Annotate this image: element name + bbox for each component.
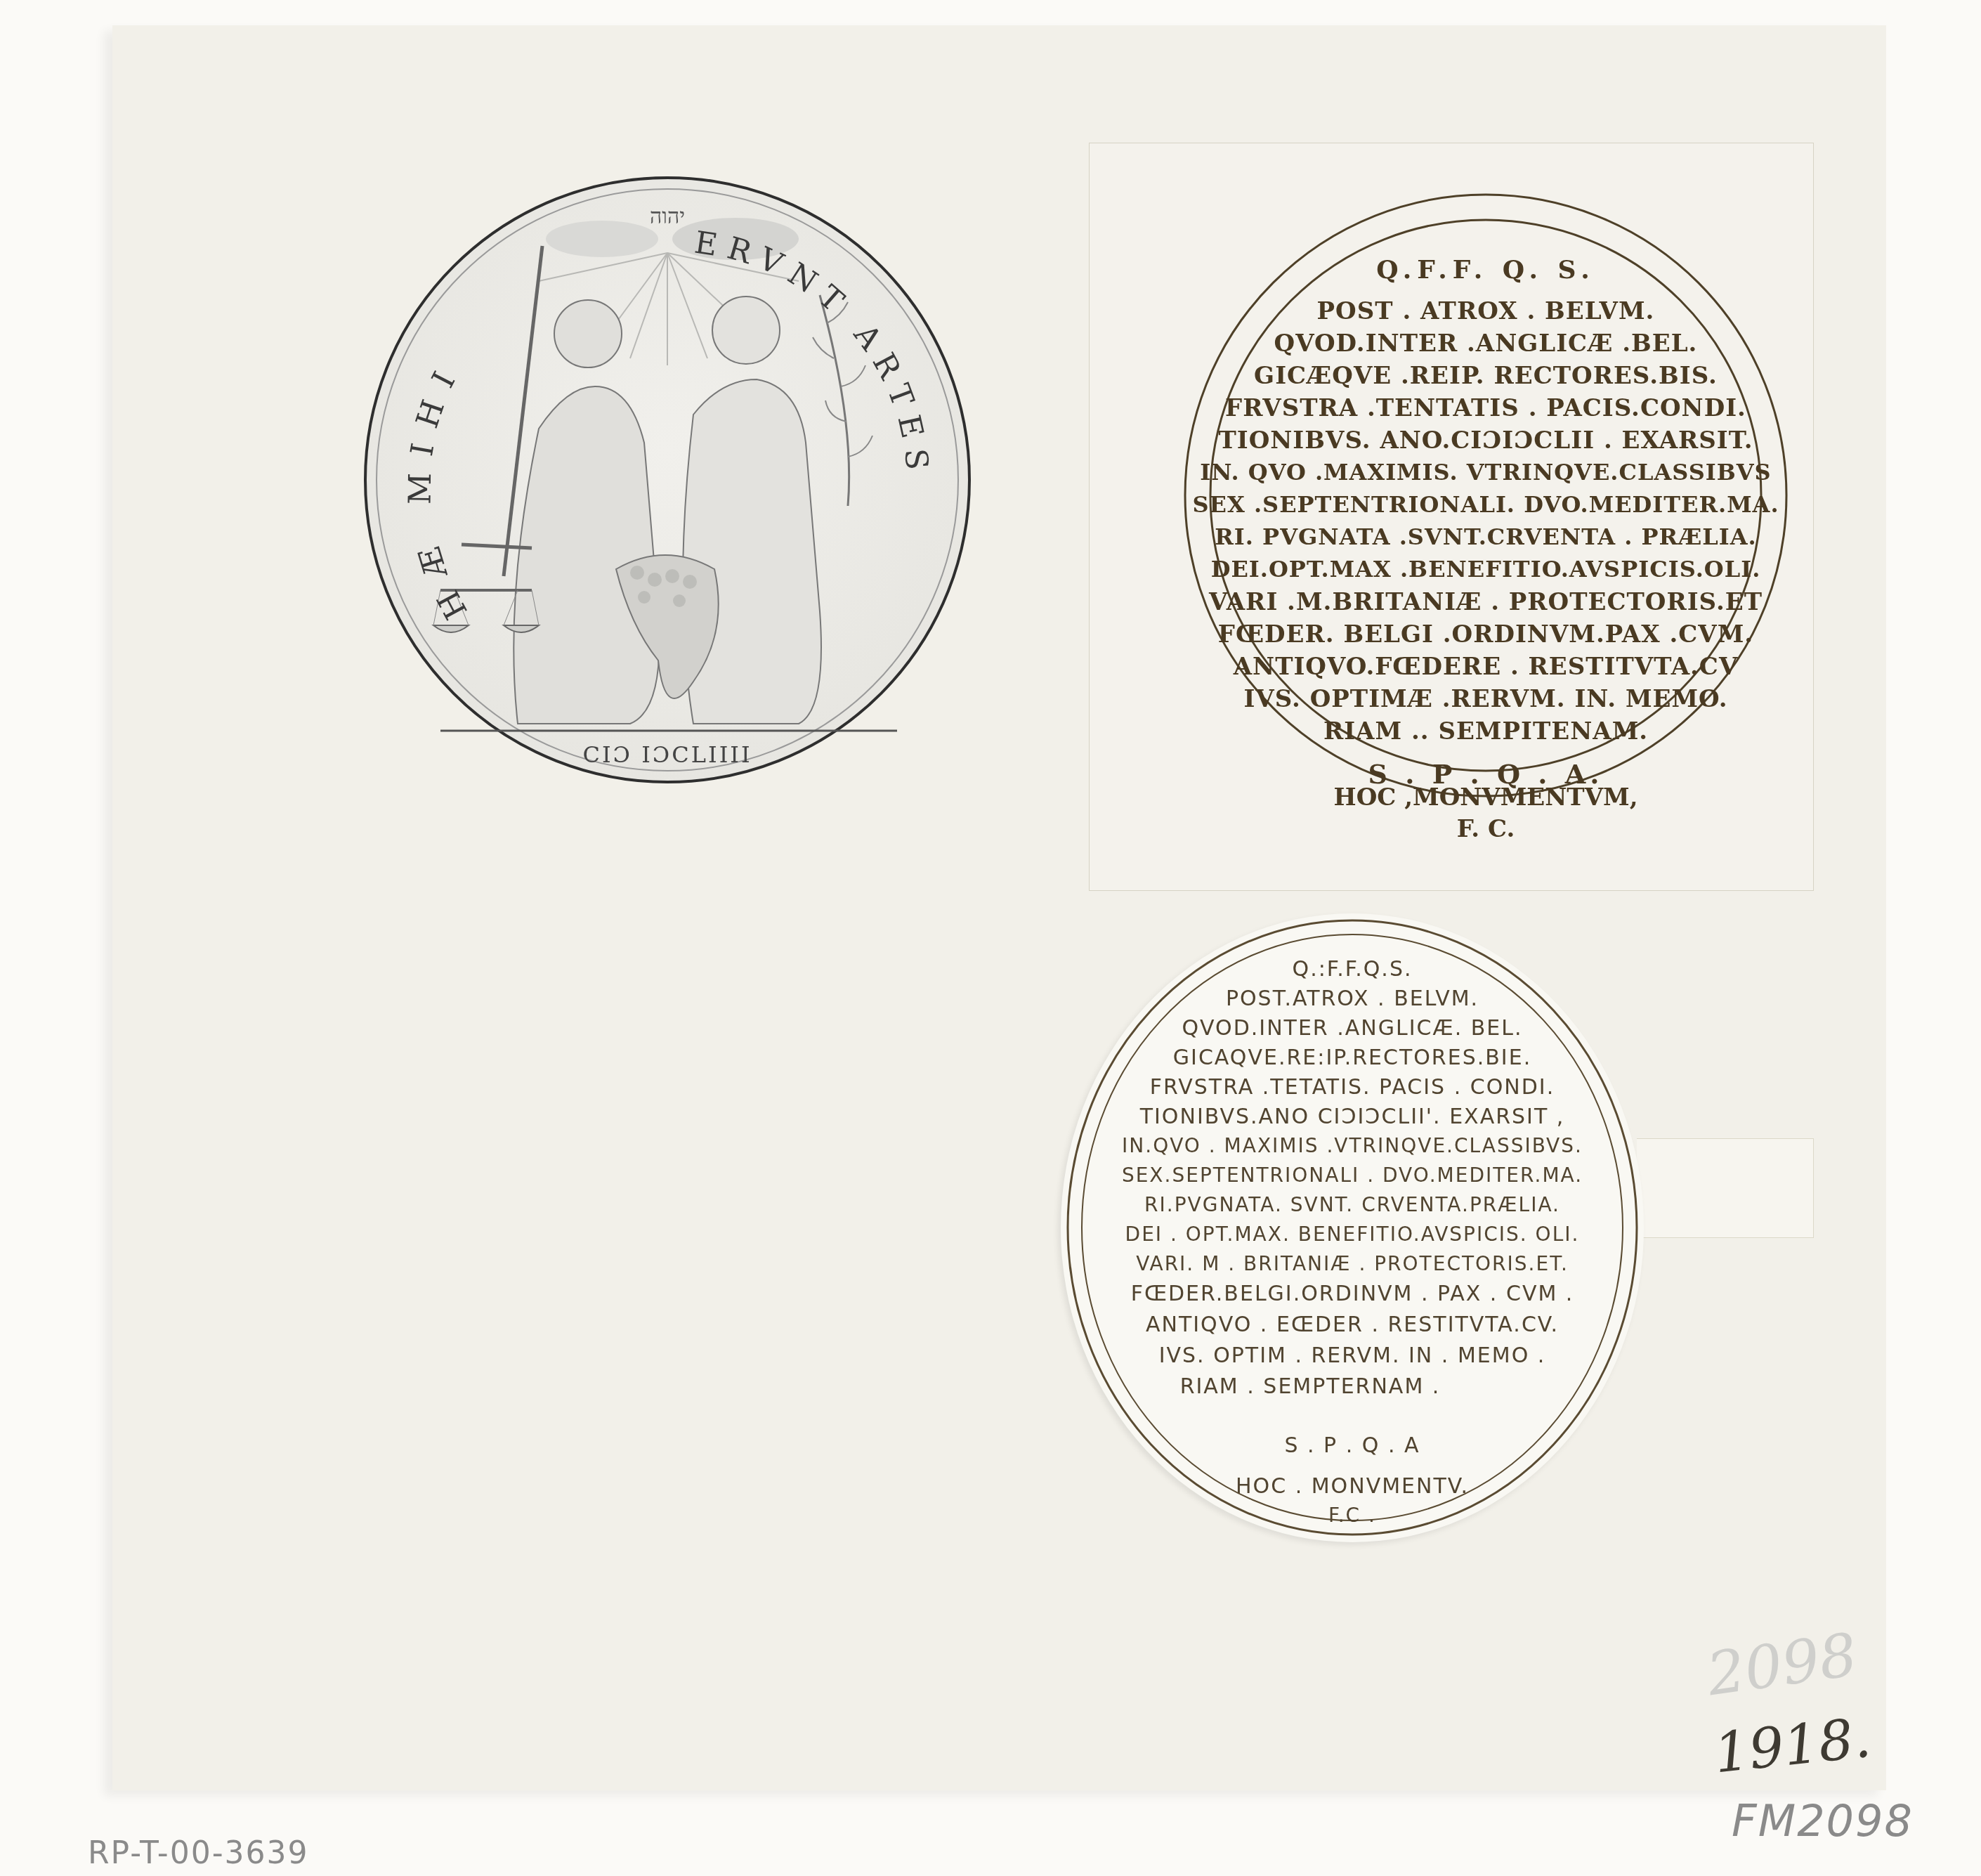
insc-line: SEX .SEPTENTRIONALI. DVO.MEDITER.MA.: [1182, 491, 1789, 518]
lower-inscription: Q.:F.F.Q.S. POST.ATROX . BELVM. QVOD.INT…: [1061, 913, 1644, 1542]
insc-line: GICAQVE.RE:IP.RECTORES.BIE.: [1061, 1046, 1644, 1070]
medal-exergue-date: CIƆ IƆCLIIII: [582, 741, 752, 768]
insc-line: RIAM .. SEMPITENAM.: [1182, 717, 1789, 745]
insc-line: RI. PVGNATA .SVNT.CRVENTA . PRÆLIA.: [1182, 523, 1789, 550]
medal-hebrew: יהוה: [650, 204, 685, 229]
upper-inscription: Q.F.F. Q. S. POST . ATROX . BELVM. QVOD.…: [1182, 192, 1789, 799]
insc-line: POST.ATROX . BELVM.: [1061, 986, 1644, 1011]
insc-line: ANTIQVO . EŒDER . RESTITVTA.CV.: [1061, 1312, 1644, 1337]
insc-line: POST . ATROX . BELVM.: [1182, 297, 1789, 325]
fm-number: FM2098: [1732, 1795, 1914, 1846]
insc-line: RIAM . SEMPTERNAM .: [1019, 1374, 1602, 1399]
insc-line: HOC ,MONVMENTVM,: [1182, 783, 1789, 812]
insc-line: ANTIQVO.FŒDERE . RESTITVTA.CV: [1182, 653, 1789, 681]
insc-line: RI.PVGNATA. SVNT. CRVENTA.PRÆLIA.: [1061, 1193, 1644, 1216]
insc-line: F. C.: [1182, 815, 1789, 843]
insc-line: GICÆQVE .REIP. RECTORES.BIS.: [1182, 362, 1789, 390]
insc-line: QVOD.INTER .ANGLICÆ. BEL.: [1061, 1016, 1644, 1041]
insc-line: QVOD.INTER .ANGLICÆ .BEL.: [1182, 330, 1789, 358]
insc-line: S . P . Q . A: [1061, 1433, 1644, 1458]
accession-number: RP-T-00-3639: [88, 1835, 309, 1871]
insc-line: SEX.SEPTENTRIONALI . DVO.MEDITER.MA.: [1061, 1164, 1644, 1187]
insc-line: DEI.OPT.MAX .BENEFITIO.AVSPICIS.OLI.: [1182, 556, 1789, 582]
insc-line: TIONIBVS. ANO.CIƆIƆCLII . EXARSIT.: [1182, 426, 1789, 455]
insc-line: Q.F.F. Q. S.: [1182, 255, 1789, 285]
insc-line: IN.QVO . MAXIMIS .VTRINQVE.CLASSIBVS.: [1061, 1134, 1644, 1157]
insc-line: IVS. OPTIMÆ .RERVM. IN. MEMO.: [1182, 685, 1789, 713]
insc-line: VARI. M . BRITANIÆ . PROTECTORIS.ET.: [1061, 1252, 1644, 1275]
insc-line: DEI . OPT.MAX. BENEFITIO.AVSPICIS. OLI.: [1061, 1223, 1644, 1246]
insc-line: VARI .M.BRITANIÆ . PROTECTORIS.ET: [1182, 588, 1789, 616]
insc-line: FRVSTRA .TETATIS. PACIS . CONDI.: [1061, 1075, 1644, 1100]
insc-line: FŒDER. BELGI .ORDINVM.PAX .CVM.: [1182, 620, 1789, 649]
paper-tab: [1637, 1138, 1814, 1238]
insc-line: TIONIBVS.ANO CIƆIƆCLII'. EXARSIT ,: [1061, 1105, 1644, 1129]
insc-line: Q.:F.F.Q.S.: [1061, 957, 1644, 982]
insc-line: IVS. OPTIM . RERVM. IN . MEMO .: [1061, 1343, 1644, 1368]
insc-line: F.C .: [1061, 1504, 1644, 1527]
medal-drawing: HÆ MIHI ERVNT ARTES יהוה CIƆ IƆCLIIII: [363, 176, 972, 784]
insc-line: IN. QVO .MAXIMIS. VTRINQVE.CLASSIBVS: [1182, 459, 1789, 486]
insc-line: HOC . MONVMENTV.: [1061, 1474, 1644, 1499]
insc-line: FŒDER.BELGI.ORDINVM . PAX . CVM .: [1061, 1282, 1644, 1306]
insc-line: FRVSTRA .TENTATIS . PACIS.CONDI.: [1182, 394, 1789, 422]
